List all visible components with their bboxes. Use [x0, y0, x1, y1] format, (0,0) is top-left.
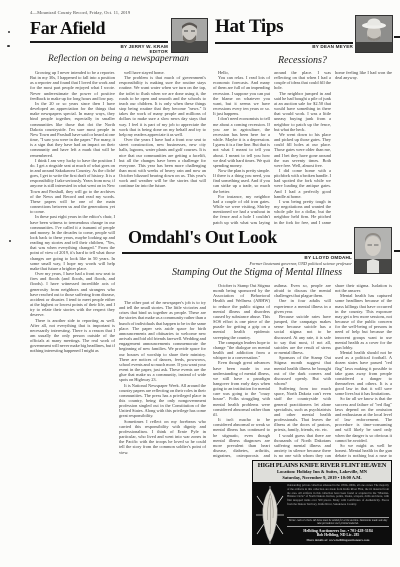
page-edge-speck [9, 240, 11, 242]
meyer-portrait-icon [356, 16, 392, 52]
paragraph: Sometimes I reflect on my forebears who … [119, 419, 206, 455]
page-edge-speck [8, 31, 10, 33]
omdahl-headshot-photo [354, 227, 392, 274]
paragraph: The problem is that much of government's… [119, 75, 206, 137]
auction-ad-text-block: Outstanding private collection amassed i… [287, 484, 389, 542]
auction-ad-main: Outstanding private collection amassed i… [253, 482, 391, 544]
newspaper-page: 4—Mountrail County Record, Friday, Oct. … [0, 0, 400, 567]
far-afield-column-2-top: well have stayed home.The problem is tha… [119, 70, 206, 227]
paragraph: Because suicide rates have jumped, the c… [274, 314, 331, 355]
far-afield-subhead: Reflection on being a newspaperman [30, 55, 207, 65]
omdahl-title: Omdahl's Out Look [128, 228, 277, 246]
auction-ad-datetime: Saturday, November 9, 2019 • 10:00 A.M. [255, 475, 389, 481]
paragraph: In the 20 or so years since then I have … [30, 101, 115, 158]
masthead-line: 4—Mountrail County Record, Friday, Oct. … [30, 10, 130, 15]
hat-tips-body: Hello,You can relax. I read lots of econ… [213, 70, 392, 227]
paragraph: Growing up I never intended to be a repo… [30, 70, 115, 101]
paragraph: Now the plan is pretty simple. If there … [213, 168, 270, 194]
paragraph: You can relax. I read lots of economic f… [213, 75, 270, 116]
paragraph: The other part of the newspaper's job is… [119, 300, 206, 383]
omdahl-body: October is Stamp Out Stigma month being … [213, 283, 392, 459]
auction-ad-contact: Helbling Auctioneers Inc. • 701-428-3184… [287, 526, 389, 542]
meyer-headshot-photo [355, 15, 393, 53]
paragraph: Mental health should not be used as a po… [335, 350, 392, 396]
auction-ad-terms: Terms: cash or check. All items must be … [287, 517, 389, 525]
omdahl-byline-role: Former lieutenant governor, UND politica… [150, 261, 352, 266]
paragraph: It is National Newspaper Week. All aroun… [119, 383, 206, 419]
paragraph: Even though great advances have been mad… [213, 360, 270, 417]
paragraph: Sponsors of the Stamp Out Stigma month s… [274, 355, 331, 386]
kram-headshot-photo [171, 18, 208, 53]
far-afield-title: Far Afield [30, 19, 105, 37]
paragraph: Over my years, I have had a front row se… [30, 271, 115, 317]
paragraph: I think I am very lucky to have the posi… [30, 158, 115, 215]
auction-ad: HIGH PLAINS KNIFE RIVER FLINT HEAVEN Loc… [252, 460, 392, 545]
hat-tips-subhead: Recessions? [213, 56, 392, 67]
paragraph: In these past eight years in the editor'… [30, 214, 115, 271]
flint-artifact-icon [255, 484, 285, 544]
auction-ad-body: Outstanding private collection amassed i… [287, 484, 389, 516]
paragraph: The campaign leaders hope to change "the… [213, 340, 270, 361]
far-afield-column-1: Growing up I never intended to be a repo… [30, 70, 115, 462]
omdahl-rule-end [394, 250, 400, 252]
omdahl-subhead: Stamping Out the Stigma of Mental Illnes… [122, 268, 392, 279]
paragraph: Suffering from too much space, North Dak… [274, 386, 331, 432]
paragraph: So far all we know is that the success a… [335, 396, 392, 442]
paragraph: We went down to his place and picked up … [274, 132, 331, 168]
paragraph: October is Stamp Out Stigma month being … [213, 283, 270, 340]
auction-ad-title: HIGH PLAINS KNIFE RIVER FLINT HEAVEN [255, 463, 389, 470]
paragraph: I don't need economists to tell me about… [213, 116, 270, 168]
auction-ad-website: More details at: www.helblingauctioneers… [287, 538, 389, 542]
page-edge-speck [7, 45, 10, 47]
paragraph: The neighbor jumped in and said he had b… [274, 91, 331, 132]
paragraph: Mental health has captured some headline… [335, 293, 392, 350]
paragraph: One in four adults will experience a men… [274, 298, 331, 313]
hat-tips-rule-end [394, 36, 400, 38]
far-afield-column-2-bottom: The other part of the newspaper's job is… [119, 300, 206, 461]
hat-tips-byline: BY DEAN MEYER [270, 44, 353, 50]
paragraph: Over the years I have had a front row se… [119, 137, 206, 189]
omdahl-portrait-icon [355, 228, 391, 273]
omdahl-byline: BY LLOYD OMDAHL [180, 255, 352, 261]
auction-ad-header: HIGH PLAINS KNIFE RIVER FLINT HEAVEN Loc… [253, 461, 391, 482]
paragraph: I did come home with a pitchfork with a … [274, 168, 331, 199]
paragraph: There is another side to reporting as we… [30, 318, 115, 354]
hat-tips-title: Hat Tips [215, 17, 283, 36]
kram-portrait-icon [172, 19, 207, 52]
